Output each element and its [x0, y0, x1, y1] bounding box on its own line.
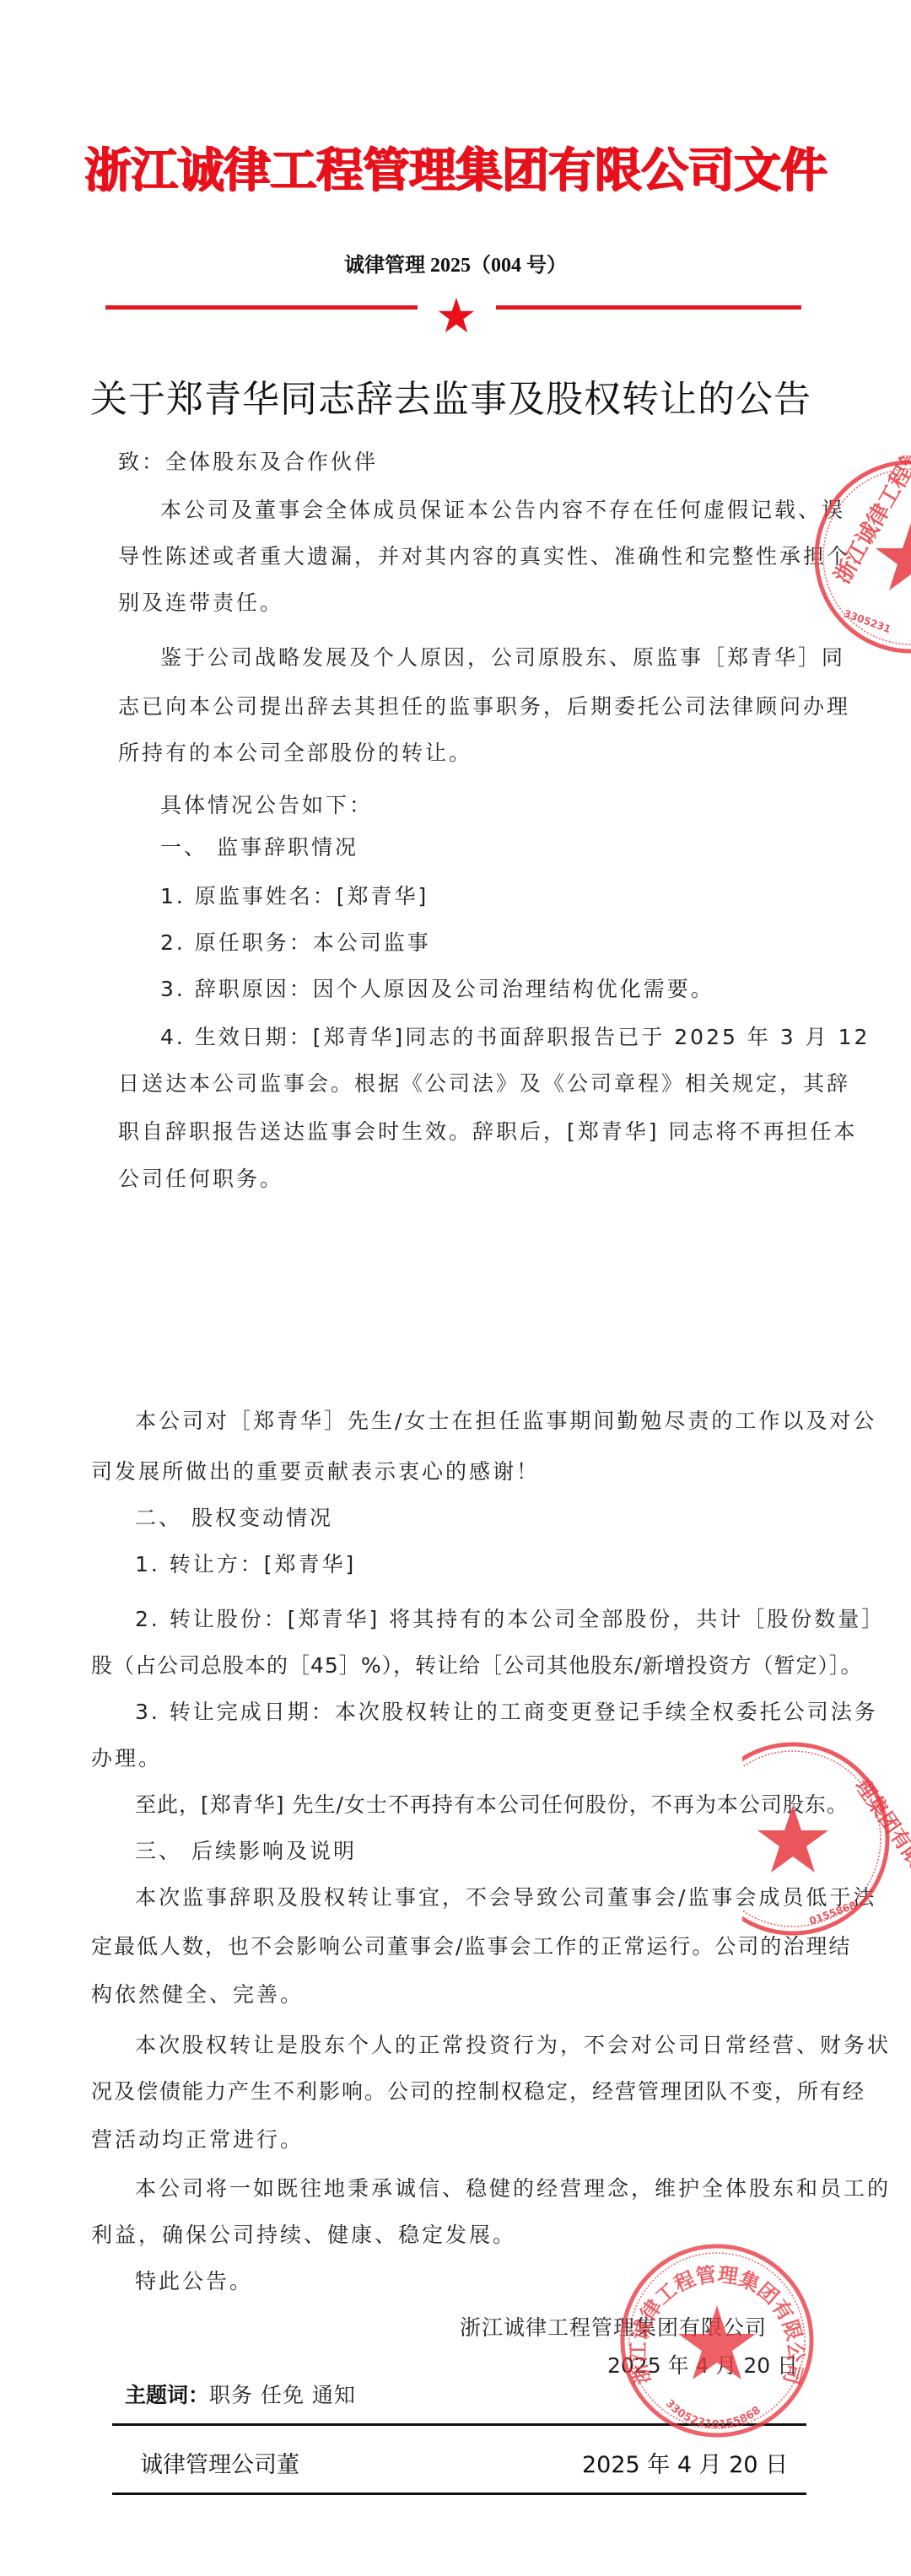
- announcement-title: 关于郑青华同志辞去监事及股权转让的公告: [90, 376, 811, 423]
- document-number: 诚律管理 2025（004 号）: [0, 248, 911, 278]
- footer-rule-top: [112, 2423, 806, 2426]
- list-item: 1. 原监事姓名：[郑青华]: [160, 882, 429, 911]
- signature-company: 浙江诚律工程管理集团有限公司: [460, 2314, 767, 2342]
- paragraph-line: 本次监事辞职及股权转让事宜，不会导致公司董事会/监事会成员低于法: [135, 1883, 876, 1912]
- list-item: 3. 辞职原因：因个人原因及公司治理结构优化需要。: [160, 975, 714, 1004]
- paragraph-line: 日送达本公司监事会。根据《公司法》及《公司章程》相关规定，其辞: [118, 1070, 850, 1098]
- section-heading-2: 二、 股权变动情况: [135, 1504, 333, 1533]
- svg-text:3305231: 3305231: [842, 607, 892, 635]
- section-heading-3: 三、 后续影响及说明: [135, 1837, 357, 1866]
- star-icon: [438, 297, 475, 334]
- header-divider-right: [496, 305, 801, 310]
- paragraph-line: 至此，[郑青华] 先生/女士不再持有本公司任何股份，不再为本公司股东。: [135, 1791, 849, 1819]
- paragraph-line: 所持有的本公司全部股份的转让。: [118, 739, 472, 768]
- paragraph-line: 本公司将一如既往地秉承诚信、稳健的经营理念，维护全体股东和员工的: [135, 2175, 891, 2203]
- paragraph-line: 鉴于公司战略发展及个人原因，公司原股东、原监事［郑青华］同: [160, 644, 845, 672]
- paragraph-line: 营活动均正常进行。: [91, 2126, 304, 2154]
- closing-line: 特此公告。: [135, 2267, 253, 2296]
- header-divider-left: [105, 305, 418, 310]
- paragraph-line: 志已向本公司提出辞去其担任的监事职务，后期委托公司法律顾问办理: [118, 693, 850, 721]
- list-item: 4. 生效日期：[郑青华]同志的书面辞职报告已于 2025 年 3 月 12: [160, 1023, 870, 1052]
- document-header-title: 浙江诚律工程管理集团有限公司文件: [0, 142, 911, 201]
- footer-issuer: 诚律管理公司董: [140, 2446, 299, 2479]
- paragraph-line: 本公司及董事会全体成员保证本公告内容不存在任何虚假记载、误: [160, 496, 845, 525]
- paragraph-line: 职自辞职报告送达监事会时生效。辞职后，[郑青华] 同志将不再担任本: [118, 1118, 857, 1146]
- paragraph-line: 公司任何职务。: [118, 1165, 283, 1194]
- section-heading-1: 一、 监事辞职情况: [160, 833, 358, 862]
- list-item: 2. 转让股份：[郑青华] 将其持有的本公司全部股份，共计［股份数量］: [135, 1605, 885, 1634]
- paragraph-line: 具体情况公告如下：: [160, 791, 373, 820]
- keywords-label: 主题词：: [125, 2383, 209, 2407]
- footer-rule-bottom: [112, 2492, 806, 2495]
- paragraph-line: 利益，确保公司持续、健康、稳定发展。: [91, 2221, 516, 2250]
- paragraph-line: 本公司对［郑青华］先生/女士在担任监事期间勤勉尽责的工作以及对公: [135, 1407, 876, 1436]
- list-item: 3. 转让完成日期：本次股权转让的工商变更登记手续全权委托公司法务: [135, 1698, 878, 1727]
- paragraph-line: 导性陈述或者重大遗漏，并对其内容的真实性、准确性和完整性承担个: [118, 542, 850, 571]
- paragraph-line: 构依然健全、完善。: [91, 1981, 304, 2009]
- list-item: 2. 原任职务：本公司监事: [160, 929, 431, 957]
- svg-text:33052310155868: 33052310155868: [663, 2397, 763, 2431]
- paragraph-line: 况及偿债能力产生不利影响。公司的控制权稳定，经营管理团队不变，所有经: [91, 2078, 865, 2106]
- paragraph-line: 定最低人数，也不会影响公司董事会/监事会工作的正常运行。公司的治理结: [91, 1932, 851, 1961]
- paragraph-line: 股（占公司总股本的［45］%），转让给［公司其他股东/新增投资方（暂定）］。: [91, 1652, 863, 1680]
- footer-date: 2025 年 4 月 20 日: [582, 2446, 788, 2479]
- paragraph-line: 别及连带责任。: [118, 589, 283, 617]
- keywords-value: 职务 任免 通知: [209, 2383, 356, 2407]
- paragraph-line: 办理。: [91, 1744, 162, 1773]
- list-item: 1. 转让方：[郑青华]: [135, 1550, 356, 1579]
- signature-date: 2025 年 4 月 20 日: [607, 2352, 798, 2380]
- paragraph-line: 司发展所做出的重要贡献表示衷心的感谢！: [91, 1458, 540, 1486]
- paragraph-line: 本次股权转让是股东个人的正常投资行为，不会对公司日常经营、财务状: [135, 2031, 891, 2060]
- salutation: 致：全体股东及合作伙伴: [118, 448, 378, 477]
- keywords-row: 主题词：职务 任免 通知: [125, 2381, 356, 2410]
